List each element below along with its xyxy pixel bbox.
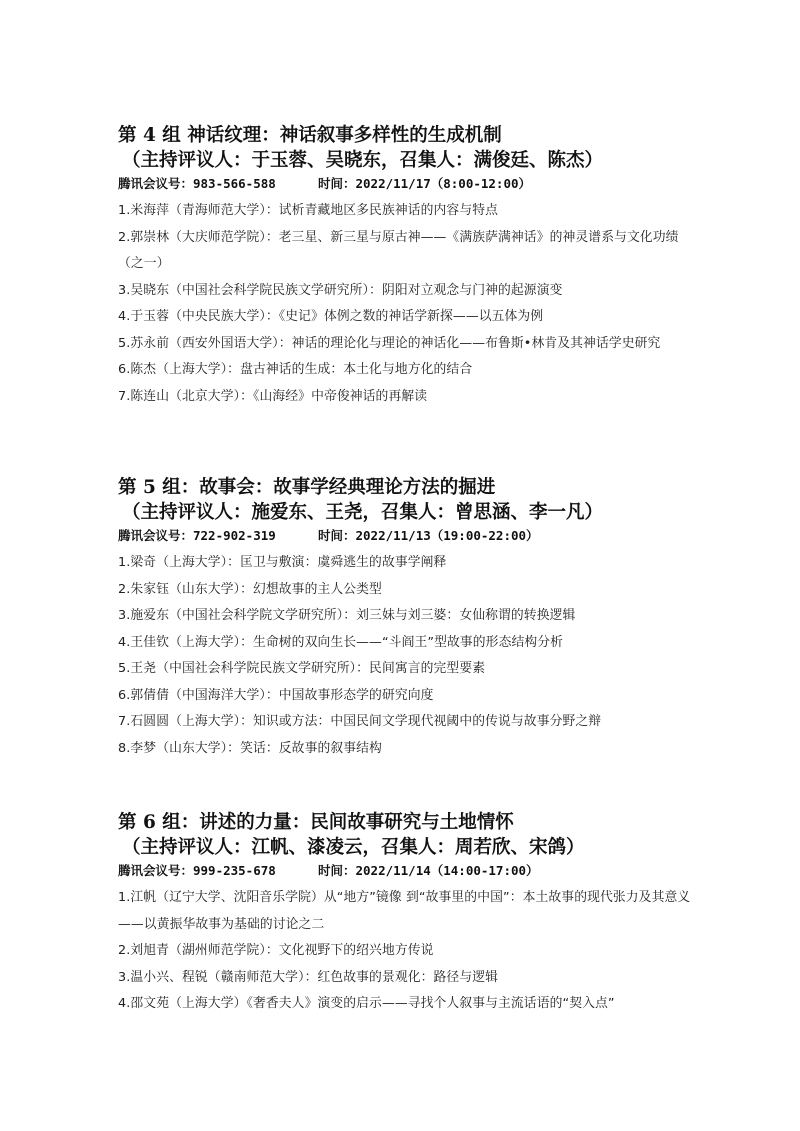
- list-item: 6.郭倩倩（中国海洋大学）：中国故事形态学的研究向度: [118, 683, 698, 710]
- meeting-id: 腾讯会议号：983-566-588: [118, 174, 318, 194]
- group-5-section: 第 5 组：故事会：故事学经典理论方法的掘进 （主持评议人：施爱东、王尧，召集人…: [118, 476, 698, 762]
- list-item: 7.陈连山（北京大学）：《山海经》中帝俊神话的再解读: [118, 384, 698, 411]
- list-item: 8.李梦（山东大学）：笑话：反故事的叙事结构: [118, 736, 698, 763]
- list-item: 4.于玉蓉（中央民族大学）：《史记》体例之数的神话学新探——以五体为例: [118, 304, 698, 331]
- list-item: 3.温小兴、程锐（赣南师范大学）：红色故事的景观化：路径与逻辑: [118, 965, 698, 992]
- list-item: 2.朱家钰（山东大学）：幻想故事的主人公类型: [118, 577, 698, 604]
- group-title: 第 5 组：故事会：故事学经典理论方法的掘进: [118, 476, 698, 500]
- group-4-section: 第 4 组 神话纹理：神话叙事多样性的生成机制 （主持评议人：于玉蓉、吴晓东，召…: [118, 124, 698, 410]
- list-item: 2.刘旭青（湖州师范学院）：文化视野下的绍兴地方传说: [118, 938, 698, 965]
- group-hosts: （主持评议人：江帆、漆凌云，召集人：周若欣、宋鸽）: [122, 835, 698, 861]
- paper-list: 1.梁奇（上海大学）：匡卫与敷演：虞舜逃生的故事学阐释 2.朱家钰（山东大学）：…: [118, 550, 698, 762]
- group-title: 第 6 组：讲述的力量：民间故事研究与土地情怀: [118, 811, 698, 835]
- document-page: 第 4 组 神话纹理：神话叙事多样性的生成机制 （主持评议人：于玉蓉、吴晓东，召…: [0, 0, 800, 1131]
- group-meta: 腾讯会议号：983-566-588 时间：2022/11/17（8:00-12:…: [118, 174, 698, 194]
- list-item: 2.郭崇林（大庆师范学院）：老三星、新三星与原古神——《满族萨满神话》的神灵谱系…: [118, 225, 698, 278]
- meeting-time: 时间：2022/11/14（14:00-17:00）: [318, 861, 539, 881]
- list-item: 4.王佳钦（上海大学）：生命树的双向生长——“斗阎王”型故事的形态结构分析: [118, 630, 698, 657]
- list-item: 7.石圆圆（上海大学）：知识或方法：中国民间文学现代视阈中的传说与故事分野之辩: [118, 709, 698, 736]
- list-item: 6.陈杰（上海大学）：盘古神话的生成：本土化与地方化的结合: [118, 357, 698, 384]
- meeting-time: 时间：2022/11/13（19:00-22:00）: [318, 526, 539, 546]
- paper-list: 1.江帆（辽宁大学、沈阳音乐学院）从“地方”镜像 到“故事里的中国”：本土故事的…: [118, 885, 698, 1018]
- group-title: 第 4 组 神话纹理：神话叙事多样性的生成机制: [118, 124, 698, 148]
- meeting-time: 时间：2022/11/17（8:00-12:00）: [318, 174, 531, 194]
- group-meta: 腾讯会议号：999-235-678 时间：2022/11/14（14:00-17…: [118, 861, 698, 881]
- group-hosts: （主持评议人：施爱东、王尧，召集人：曾思涵、李一凡）: [122, 500, 698, 526]
- list-item: 4.邵文苑（上海大学）《奢香夫人》演变的启示——寻找个人叙事与主流话语的“契入点…: [118, 991, 698, 1018]
- list-item: 1.梁奇（上海大学）：匡卫与敷演：虞舜逃生的故事学阐释: [118, 550, 698, 577]
- list-item: 1.江帆（辽宁大学、沈阳音乐学院）从“地方”镜像 到“故事里的中国”：本土故事的…: [118, 885, 698, 938]
- group-hosts: （主持评议人：于玉蓉、吴晓东，召集人：满俊廷、陈杰）: [122, 148, 698, 174]
- meeting-id: 腾讯会议号：999-235-678: [118, 861, 318, 881]
- list-item: 5.苏永前（西安外国语大学）：神话的理论化与理论的神话化——布鲁斯•林肯及其神话…: [118, 331, 698, 358]
- list-item: 3.吴晓东（中国社会科学院民族文学研究所）：阴阳对立观念与门神的起源演变: [118, 278, 698, 305]
- list-item: 3.施爱东（中国社会科学院文学研究所）：刘三妹与刘三婆：女仙称谓的转换逻辑: [118, 603, 698, 630]
- meeting-id: 腾讯会议号：722-902-319: [118, 526, 318, 546]
- list-item: 1.米海萍（青海师范大学）：试析青藏地区多民族神话的内容与特点: [118, 198, 698, 225]
- list-item: 5.王尧（中国社会科学院民族文学研究所）：民间寓言的完型要素: [118, 656, 698, 683]
- paper-list: 1.米海萍（青海师范大学）：试析青藏地区多民族神话的内容与特点 2.郭崇林（大庆…: [118, 198, 698, 410]
- group-6-section: 第 6 组：讲述的力量：民间故事研究与土地情怀 （主持评议人：江帆、漆凌云，召集…: [118, 811, 698, 1018]
- group-meta: 腾讯会议号：722-902-319 时间：2022/11/13（19:00-22…: [118, 526, 698, 546]
